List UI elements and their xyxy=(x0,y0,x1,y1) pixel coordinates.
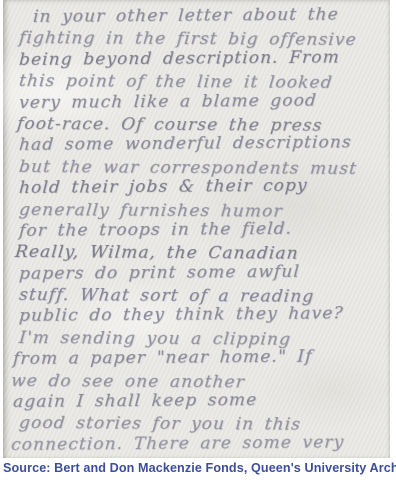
letter-paper: in your other letter about the fighting … xyxy=(3,0,390,458)
scanned-letter-page: in your other letter about the fighting … xyxy=(0,0,396,480)
source-attribution: Source: Bert and Don Mackenzie Fonds, Qu… xyxy=(3,461,395,476)
handwritten-line: hold their jobs & their copy xyxy=(18,175,386,199)
handwritten-line: in your other letter about the xyxy=(32,4,386,28)
handwritten-line: had some wonderful descriptions xyxy=(18,132,386,156)
handwritten-line: from a paper "near home." If xyxy=(12,346,386,370)
handwritten-line: papers do print some awful xyxy=(18,261,386,285)
handwritten-line: very much like a blame good xyxy=(18,90,386,114)
handwritten-line: again I shall keep some xyxy=(12,389,386,413)
handwritten-line: being beyond description. From xyxy=(18,47,386,71)
handwritten-line: for the troops in the field. xyxy=(18,218,386,242)
handwritten-line: connection. There are some very xyxy=(10,432,386,456)
handwritten-line: public do they think they have? xyxy=(18,304,386,328)
